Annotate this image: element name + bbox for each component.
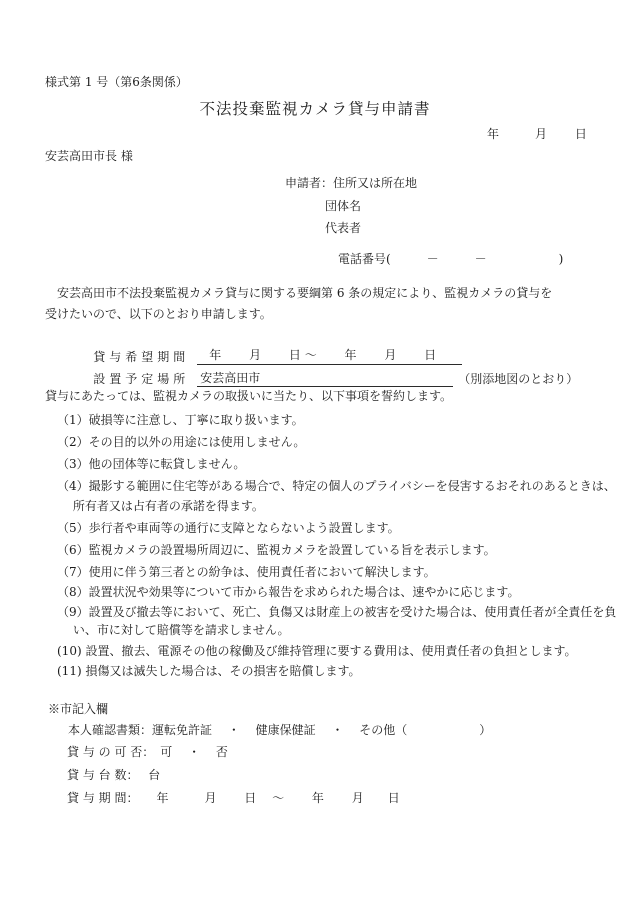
pledge-item-4-cont: 所有者又は占有者の承諾を得ます。 xyxy=(57,498,264,514)
form-title: 不法投棄監視カメラ貸与申請書 xyxy=(0,99,630,119)
lend-period-row: 貸 与 期 間： 年 月 日 ～ 年 月 日 xyxy=(67,790,400,806)
pledge-item-7: （7）使用に伴う第三者との紛争は、使用責任者において解決します。 xyxy=(57,564,436,580)
identity-document-row: 本人確認書類：運転免許証 ・ 健康保健証 ・ その他（ ） xyxy=(68,722,491,738)
pledge-item-11: (11) 損傷又は滅失した場合は、その損害を賠償します。 xyxy=(57,663,361,679)
lend-approval-row: 貸 与 の 可 否： 可 ・ 否 xyxy=(67,744,228,760)
pledge-item-4: （4）撮影する範囲に住宅等がある場合で、特定の個人のプライバシーを侵害するおそれ… xyxy=(57,478,616,494)
install-location-field: 安芸高田市 xyxy=(197,370,453,387)
applicant-address-line: 申請者：住所又は所在地 xyxy=(285,175,417,191)
install-location-label: 設置予定場所 xyxy=(93,371,189,387)
request-paragraph-line-2: 受けたいので、以下のとおり申請します。 xyxy=(45,306,272,322)
pledge-item-9: （9）設置及び撤去等において、死亡、負傷又は財産上の被害を受けた場合は、使用責任… xyxy=(57,604,616,620)
request-paragraph-line-1: 安芸高田市不法投棄監視カメラ貸与に関する要綱第 6 条の規定により、監視カメラの… xyxy=(45,285,552,301)
form-number: 様式第 1 号（第6条関係） xyxy=(45,74,188,90)
addressee: 安芸高田市長 様 xyxy=(45,148,133,164)
application-form-page: 様式第 1 号（第6条関係） 不法投棄監視カメラ貸与申請書 年 月 日 安芸高田… xyxy=(0,0,630,903)
pledge-item-6: （6）監視カメラの設置場所周辺に、監視カメラを設置している旨を表示します。 xyxy=(57,542,496,558)
pledge-item-3: （3）他の団体等に転貸しません。 xyxy=(57,456,245,472)
pledge-item-9-cont: い、市に対して賠償等を請求しません。 xyxy=(57,622,290,638)
pledge-intro: 貸与にあたっては、監視カメラの取扱いに当たり、以下事項を誓約します。 xyxy=(45,388,452,404)
pledge-item-2: （2）その目的以外の用途には使用しません。 xyxy=(57,434,305,450)
applicant-representative-line: 代表者 xyxy=(325,220,361,236)
lend-count-row: 貸 与 台 数： 台 xyxy=(67,767,160,783)
pledge-item-8: （8）設置状況や効果等について市から報告を求められた場合は、速やかに応じます。 xyxy=(57,584,519,600)
office-section-heading: ※市記入欄 xyxy=(48,701,108,717)
applicant-phone-line: 電話番号( － － ) xyxy=(338,251,563,267)
pledge-item-5: （5）歩行者や車両等の通行に支障とならないよう設置します。 xyxy=(57,520,400,536)
install-location-note: （別添地図のとおり） xyxy=(458,371,578,387)
applicant-organization-line: 団体名 xyxy=(325,198,361,214)
date-line: 年 月 日 xyxy=(487,126,587,142)
pledge-item-10: (10) 設置、撤去、電源その他の稼働及び維持管理に要する費用は、使用責任者の負… xyxy=(57,643,577,659)
pledge-item-1: （1）破損等に注意し、丁寧に取り扱います。 xyxy=(57,412,304,428)
